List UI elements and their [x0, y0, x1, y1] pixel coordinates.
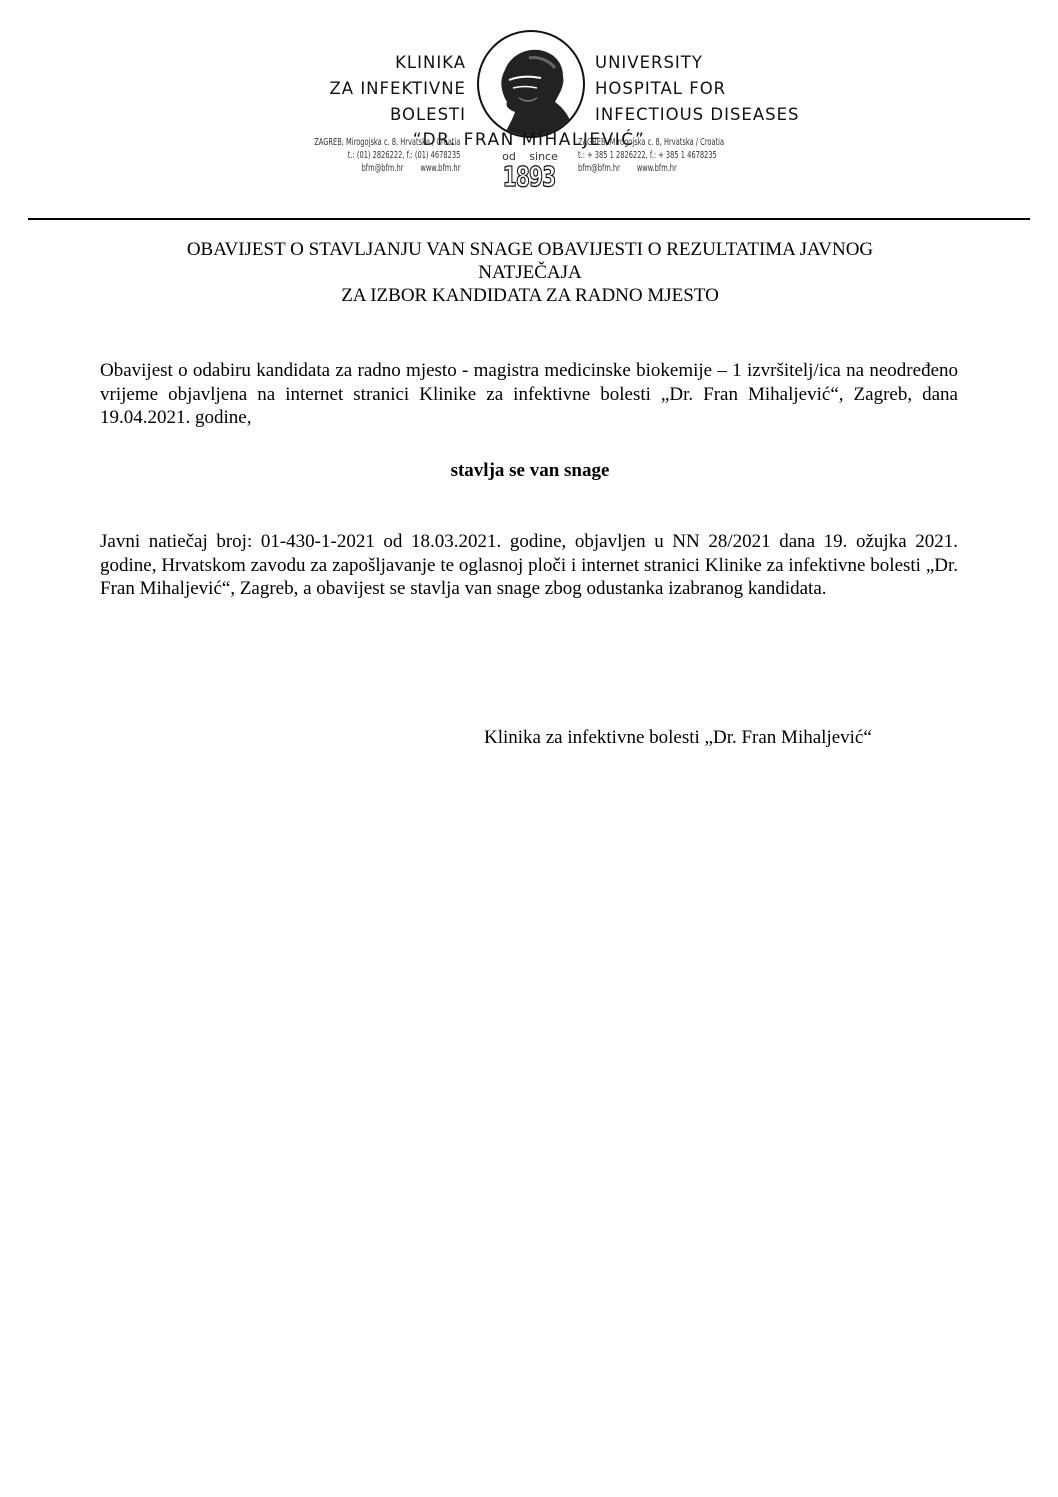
revocation-statement: stavlja se van snage [100, 460, 960, 482]
portrait-logo-icon [477, 30, 585, 138]
contact-line: bfm@bfm.hr www.bfm.hr [314, 162, 460, 175]
letterhead-right-line: HOSPITAL FOR [595, 76, 800, 102]
since-year: 1893 [503, 160, 556, 193]
title-line: OBAVIJEST O STAVLJANJU VAN SNAGE OBAVIJE… [100, 238, 960, 261]
letterhead-left-line: BOLESTI [329, 102, 466, 128]
letterhead-right-line: UNIVERSITY [595, 50, 800, 76]
letterhead-right-line: INFECTIOUS DISEASES [595, 102, 800, 128]
header-divider [28, 218, 1030, 220]
contact-line: bfm@bfm.hr www.bfm.hr [578, 162, 724, 175]
hospital-name: “DR. FRAN MIHALJEVIĆ” [0, 130, 1058, 150]
letterhead-left-line: KLINIKA [329, 50, 466, 76]
paragraph-notice: Obavijest o odabiru kandidata za radno m… [100, 359, 958, 430]
letterhead-left-line: ZA INFEKTIVNE [329, 76, 466, 102]
paragraph-details: Javni natiеčaj broj: 01-430-1-2021 od 18… [100, 530, 958, 601]
address-block-english: ZAGREB, Mirogojska c. 8, Hrvatska / Croa… [578, 136, 724, 175]
address-line: ZAGREB, Mirogojska c. 8, Hrvatska / Croa… [314, 136, 460, 149]
address-line: ZAGREB, Mirogojska c. 8, Hrvatska / Croa… [578, 136, 724, 149]
phone-line: t.: + 385 1 2826222, f.: + 385 1 4678235 [578, 149, 724, 162]
signature: Klinika za infektivne bolesti „Dr. Fran … [484, 727, 872, 749]
address-block-croatian: ZAGREB, Mirogojska c. 8, Hrvatska / Croa… [314, 136, 460, 175]
phone-line: t.: (01) 2826222, f.: (01) 4678235 [314, 149, 460, 162]
letterhead-croatian-name: KLINIKA ZA INFEKTIVNE BOLESTI [329, 50, 466, 128]
title-line: NATJEČAJA [100, 261, 960, 284]
document-title: OBAVIJEST O STAVLJANJU VAN SNAGE OBAVIJE… [100, 238, 960, 307]
title-line: ZA IZBOR KANDIDATA ZA RADNO MJESTO [100, 284, 960, 307]
letterhead-english-name: UNIVERSITY HOSPITAL FOR INFECTIOUS DISEA… [595, 50, 800, 128]
